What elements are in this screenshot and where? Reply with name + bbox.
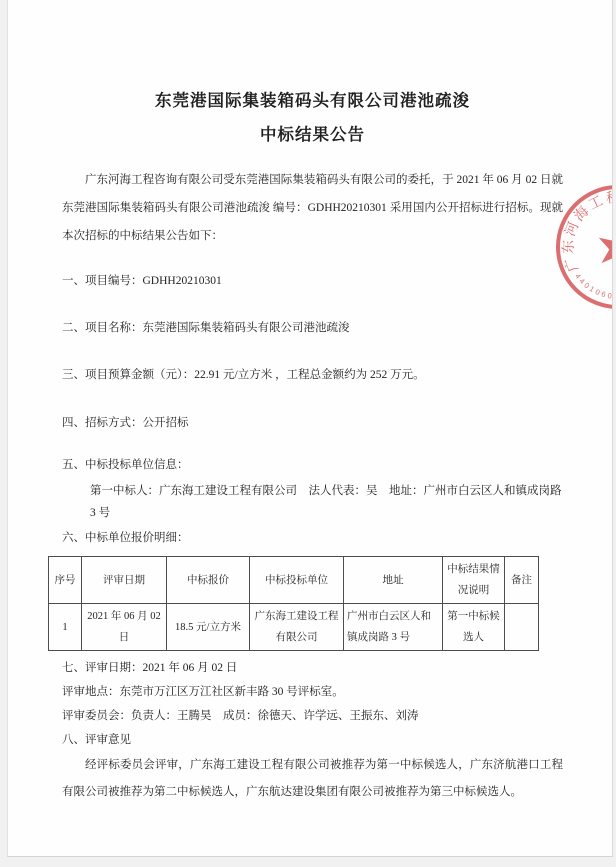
item-review-opinion: 八、评审意见: [62, 729, 563, 751]
item-budget-amount: 三、项目预算金额（元）：22.91 元/立方米 ，工程总金额约为 252 万元。: [62, 364, 563, 386]
item-bidding-method: 四、招标方式：公开招标: [62, 412, 563, 434]
table-row: 1 2021 年 06 月 02 日 18.5 元/立方米 广东海工建设工程有限…: [49, 604, 539, 651]
cell-price: 18.5 元/立方米: [167, 604, 250, 651]
cell-seq: 1: [49, 604, 82, 651]
header-address: 地址: [344, 557, 443, 604]
item-review-date: 七、评审日期：2021 年 06 月 02 日: [62, 657, 563, 679]
item-project-number: 一、项目编号：GDHH20210301: [62, 270, 563, 292]
cell-address: 广州市白云区人和镇成岗路 3 号: [344, 604, 443, 651]
header-result: 中标结果情况说明: [443, 557, 505, 604]
header-bidder: 中标投标单位: [250, 557, 344, 604]
title-line-1: 东莞港国际集装箱码头有限公司港池疏浚: [62, 84, 563, 118]
header-price: 中标报价: [167, 557, 250, 604]
document-body: 东莞港国际集装箱码头有限公司港池疏浚 中标结果公告 广东河海工程咨询有限公司受东…: [8, 0, 612, 806]
cell-result: 第一中标候选人: [443, 604, 505, 651]
header-date: 评审日期: [82, 557, 167, 604]
document-title: 东莞港国际集装箱码头有限公司港池疏浚 中标结果公告: [62, 84, 563, 152]
item-winner-info: 五、中标投标单位信息：: [62, 454, 563, 476]
scanned-document-page: 东莞港国际集装箱码头有限公司港池疏浚 中标结果公告 广东河海工程咨询有限公司受东…: [7, 0, 613, 857]
bid-result-table: 序号 评审日期 中标报价 中标投标单位 地址 中标结果情况说明 备注 1 202…: [48, 556, 539, 651]
intro-paragraph: 广东河海工程咨询有限公司受东莞港国际集装箱码头有限公司的委托，于 2021 年 …: [62, 166, 563, 250]
item-quote-detail: 六、中标单位报价明细：: [62, 527, 563, 549]
cell-bidder: 广东海工建设工程有限公司: [250, 604, 344, 651]
header-seq: 序号: [49, 557, 82, 604]
cell-date: 2021 年 06 月 02 日: [82, 604, 167, 651]
review-opinion-paragraph: 经评标委员会评审，广东海工建设工程有限公司被推荐为第一中标候选人，广东济航港口工…: [62, 752, 563, 806]
header-remarks: 备注: [505, 557, 539, 604]
review-location-line: 评审地点：东莞市万江区万江社区新丰路 30 号评标室。: [62, 681, 563, 703]
title-line-2: 中标结果公告: [62, 118, 563, 152]
table-header-row: 序号 评审日期 中标报价 中标投标单位 地址 中标结果情况说明 备注: [49, 557, 539, 604]
cell-remarks: [505, 604, 539, 651]
review-committee-line: 评审委员会：负责人：王腾昊 成员：徐德天、许学远、王振东、刘涛: [62, 705, 563, 727]
item-project-name: 二、项目名称：东莞港国际集装箱码头有限公司港池疏浚: [62, 317, 563, 339]
winner-detail: 第一中标人：广东海工建设工程有限公司 法人代表：吴 地址：广州市白云区人和镇成岗…: [62, 480, 563, 524]
